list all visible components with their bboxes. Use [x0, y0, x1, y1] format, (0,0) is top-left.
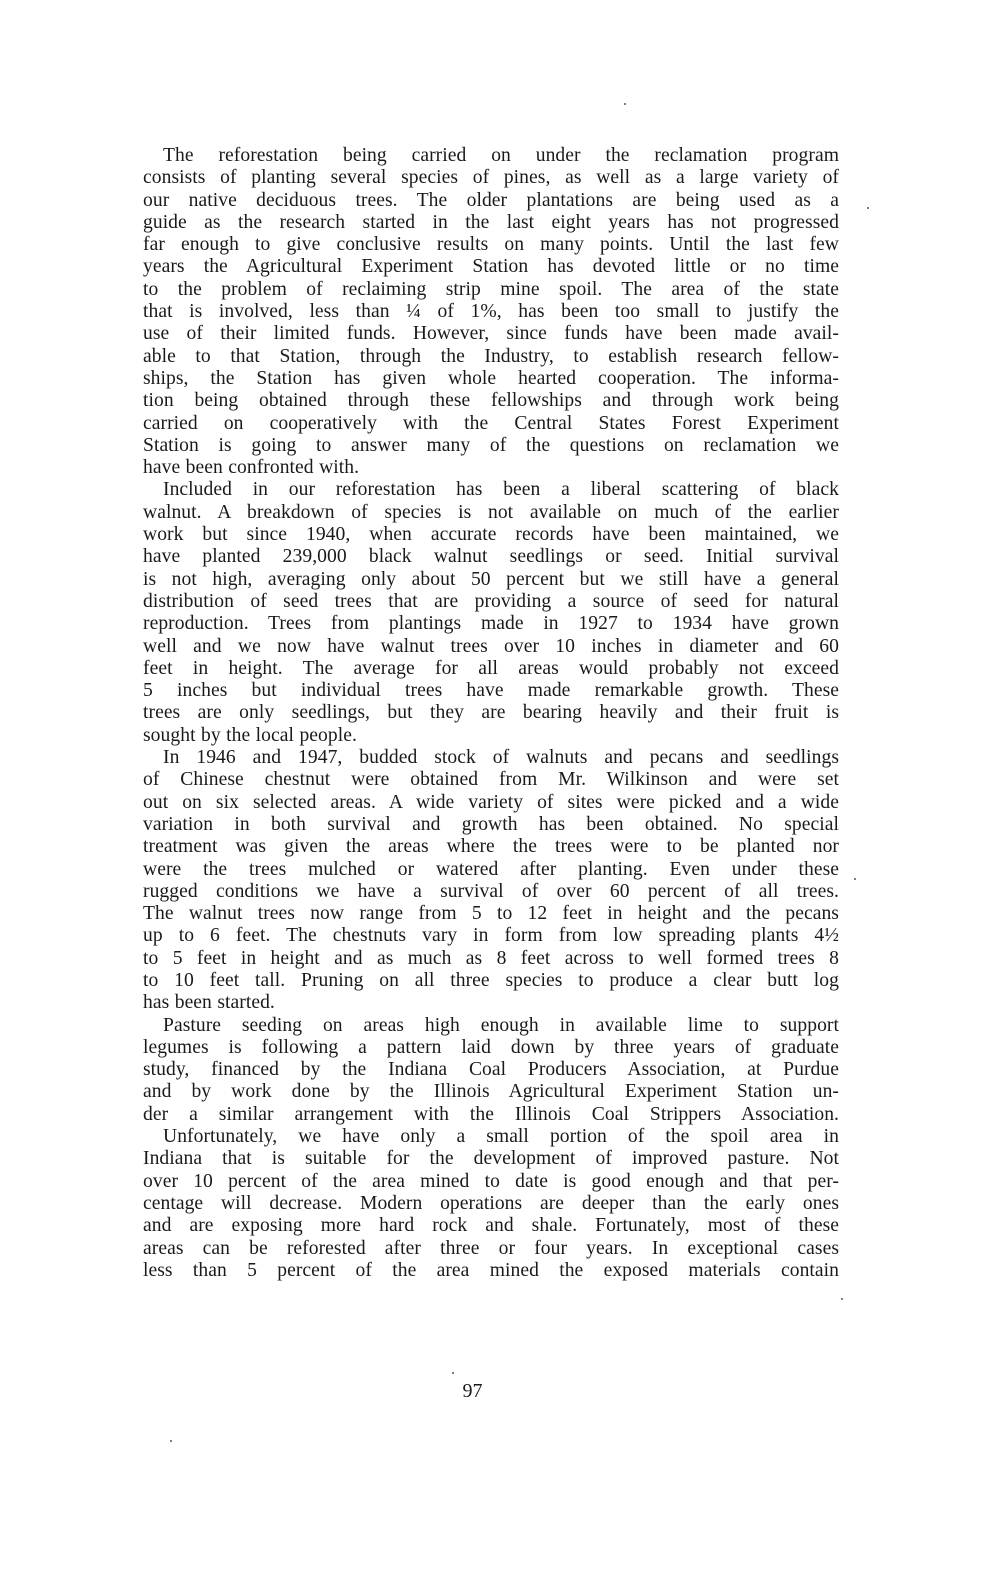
scan-speck	[170, 1440, 172, 1442]
scan-speck	[841, 1298, 843, 1300]
text-line: distribution of seed trees that are prov…	[123, 591, 839, 613]
text-line: have been confronted with.	[123, 457, 839, 479]
text-line: to 10 feet tall. Pruning on all three sp…	[123, 970, 839, 992]
paragraph-budded-stock: In 1946 and 1947, budded stock of walnut…	[123, 747, 839, 1015]
scan-speck	[624, 103, 626, 105]
paragraph-spoil-area: Unfortunately, we have only a small port…	[123, 1126, 839, 1282]
text-line: able to that Station, through the Indust…	[123, 346, 839, 368]
text-line: up to 6 feet. The chestnuts vary in form…	[123, 925, 839, 947]
text-line: der a similar arrangement with the Illin…	[123, 1104, 839, 1126]
scan-speck	[867, 207, 869, 209]
paragraph-reforestation-program: The reforestation being carried on under…	[123, 145, 839, 479]
text-line: tion being obtained through these fellow…	[123, 390, 839, 412]
text-line: centage will decrease. Modern operations…	[123, 1193, 839, 1215]
text-line: years the Agricultural Experiment Statio…	[123, 256, 839, 278]
text-line: use of their limited funds. However, sin…	[123, 323, 839, 345]
text-line: were the trees mulched or watered after …	[123, 859, 839, 881]
text-line: Station is going to answer many of the q…	[123, 435, 839, 457]
text-line: The reforestation being carried on under…	[123, 145, 839, 167]
text-line: 5 inches but individual trees have made …	[123, 680, 839, 702]
text-line: areas can be reforested after three or f…	[123, 1238, 839, 1260]
text-line: guide as the research started in the las…	[123, 212, 839, 234]
text-line: The walnut trees now range from 5 to 12 …	[123, 903, 839, 925]
text-line: less than 5 percent of the area mined th…	[123, 1260, 839, 1282]
text-line: that is involved, less than ¼ of 1%, has…	[123, 301, 839, 323]
text-line: In 1946 and 1947, budded stock of walnut…	[123, 747, 839, 769]
text-line: our native deciduous trees. The older pl…	[123, 190, 839, 212]
scan-speck	[452, 1372, 454, 1374]
document-page-body: The reforestation being carried on under…	[123, 145, 839, 1282]
text-line: has been started.	[123, 992, 839, 1014]
text-line: Pasture seeding on areas high enough in …	[123, 1015, 839, 1037]
text-line: out on six selected areas. A wide variet…	[123, 792, 839, 814]
text-line: Unfortunately, we have only a small port…	[123, 1126, 839, 1148]
text-line: variation in both survival and growth ha…	[123, 814, 839, 836]
text-line: ships, the Station has given whole heart…	[123, 368, 839, 390]
text-line: walnut. A breakdown of species is not av…	[123, 502, 839, 524]
text-line: is not high, averaging only about 50 per…	[123, 569, 839, 591]
text-line: carried on cooperatively with the Centra…	[123, 413, 839, 435]
scan-speck	[854, 878, 856, 880]
text-line: Included in our reforestation has been a…	[123, 479, 839, 501]
text-line: reproduction. Trees from plantings made …	[123, 613, 839, 635]
page-number: 97	[0, 1380, 945, 1403]
text-line: work but since 1940, when accurate recor…	[123, 524, 839, 546]
text-line: trees are only seedlings, but they are b…	[123, 702, 839, 724]
text-line: feet in height. The average for all area…	[123, 658, 839, 680]
text-line: far enough to give conclusive results on…	[123, 234, 839, 256]
text-line: and are exposing more hard rock and shal…	[123, 1215, 839, 1237]
paragraph-black-walnut: Included in our reforestation has been a…	[123, 479, 839, 747]
text-line: study, financed by the Indiana Coal Prod…	[123, 1059, 839, 1081]
text-line: and by work done by the Illinois Agricul…	[123, 1081, 839, 1103]
text-line: well and we now have walnut trees over 1…	[123, 636, 839, 658]
text-line: legumes is following a pattern laid down…	[123, 1037, 839, 1059]
text-line: to 5 feet in height and as much as 8 fee…	[123, 948, 839, 970]
text-line: over 10 percent of the area mined to dat…	[123, 1171, 839, 1193]
text-line: of Chinese chestnut were obtained from M…	[123, 769, 839, 791]
text-line: consists of planting several species of …	[123, 167, 839, 189]
text-line: have planted 239,000 black walnut seedli…	[123, 546, 839, 568]
text-line: Indiana that is suitable for the develop…	[123, 1148, 839, 1170]
text-line: treatment was given the areas where the …	[123, 836, 839, 858]
text-line: to the problem of reclaiming strip mine …	[123, 279, 839, 301]
paragraph-pasture-seeding: Pasture seeding on areas high enough in …	[123, 1015, 839, 1126]
text-line: sought by the local people.	[123, 725, 839, 747]
text-line: rugged conditions we have a survival of …	[123, 881, 839, 903]
